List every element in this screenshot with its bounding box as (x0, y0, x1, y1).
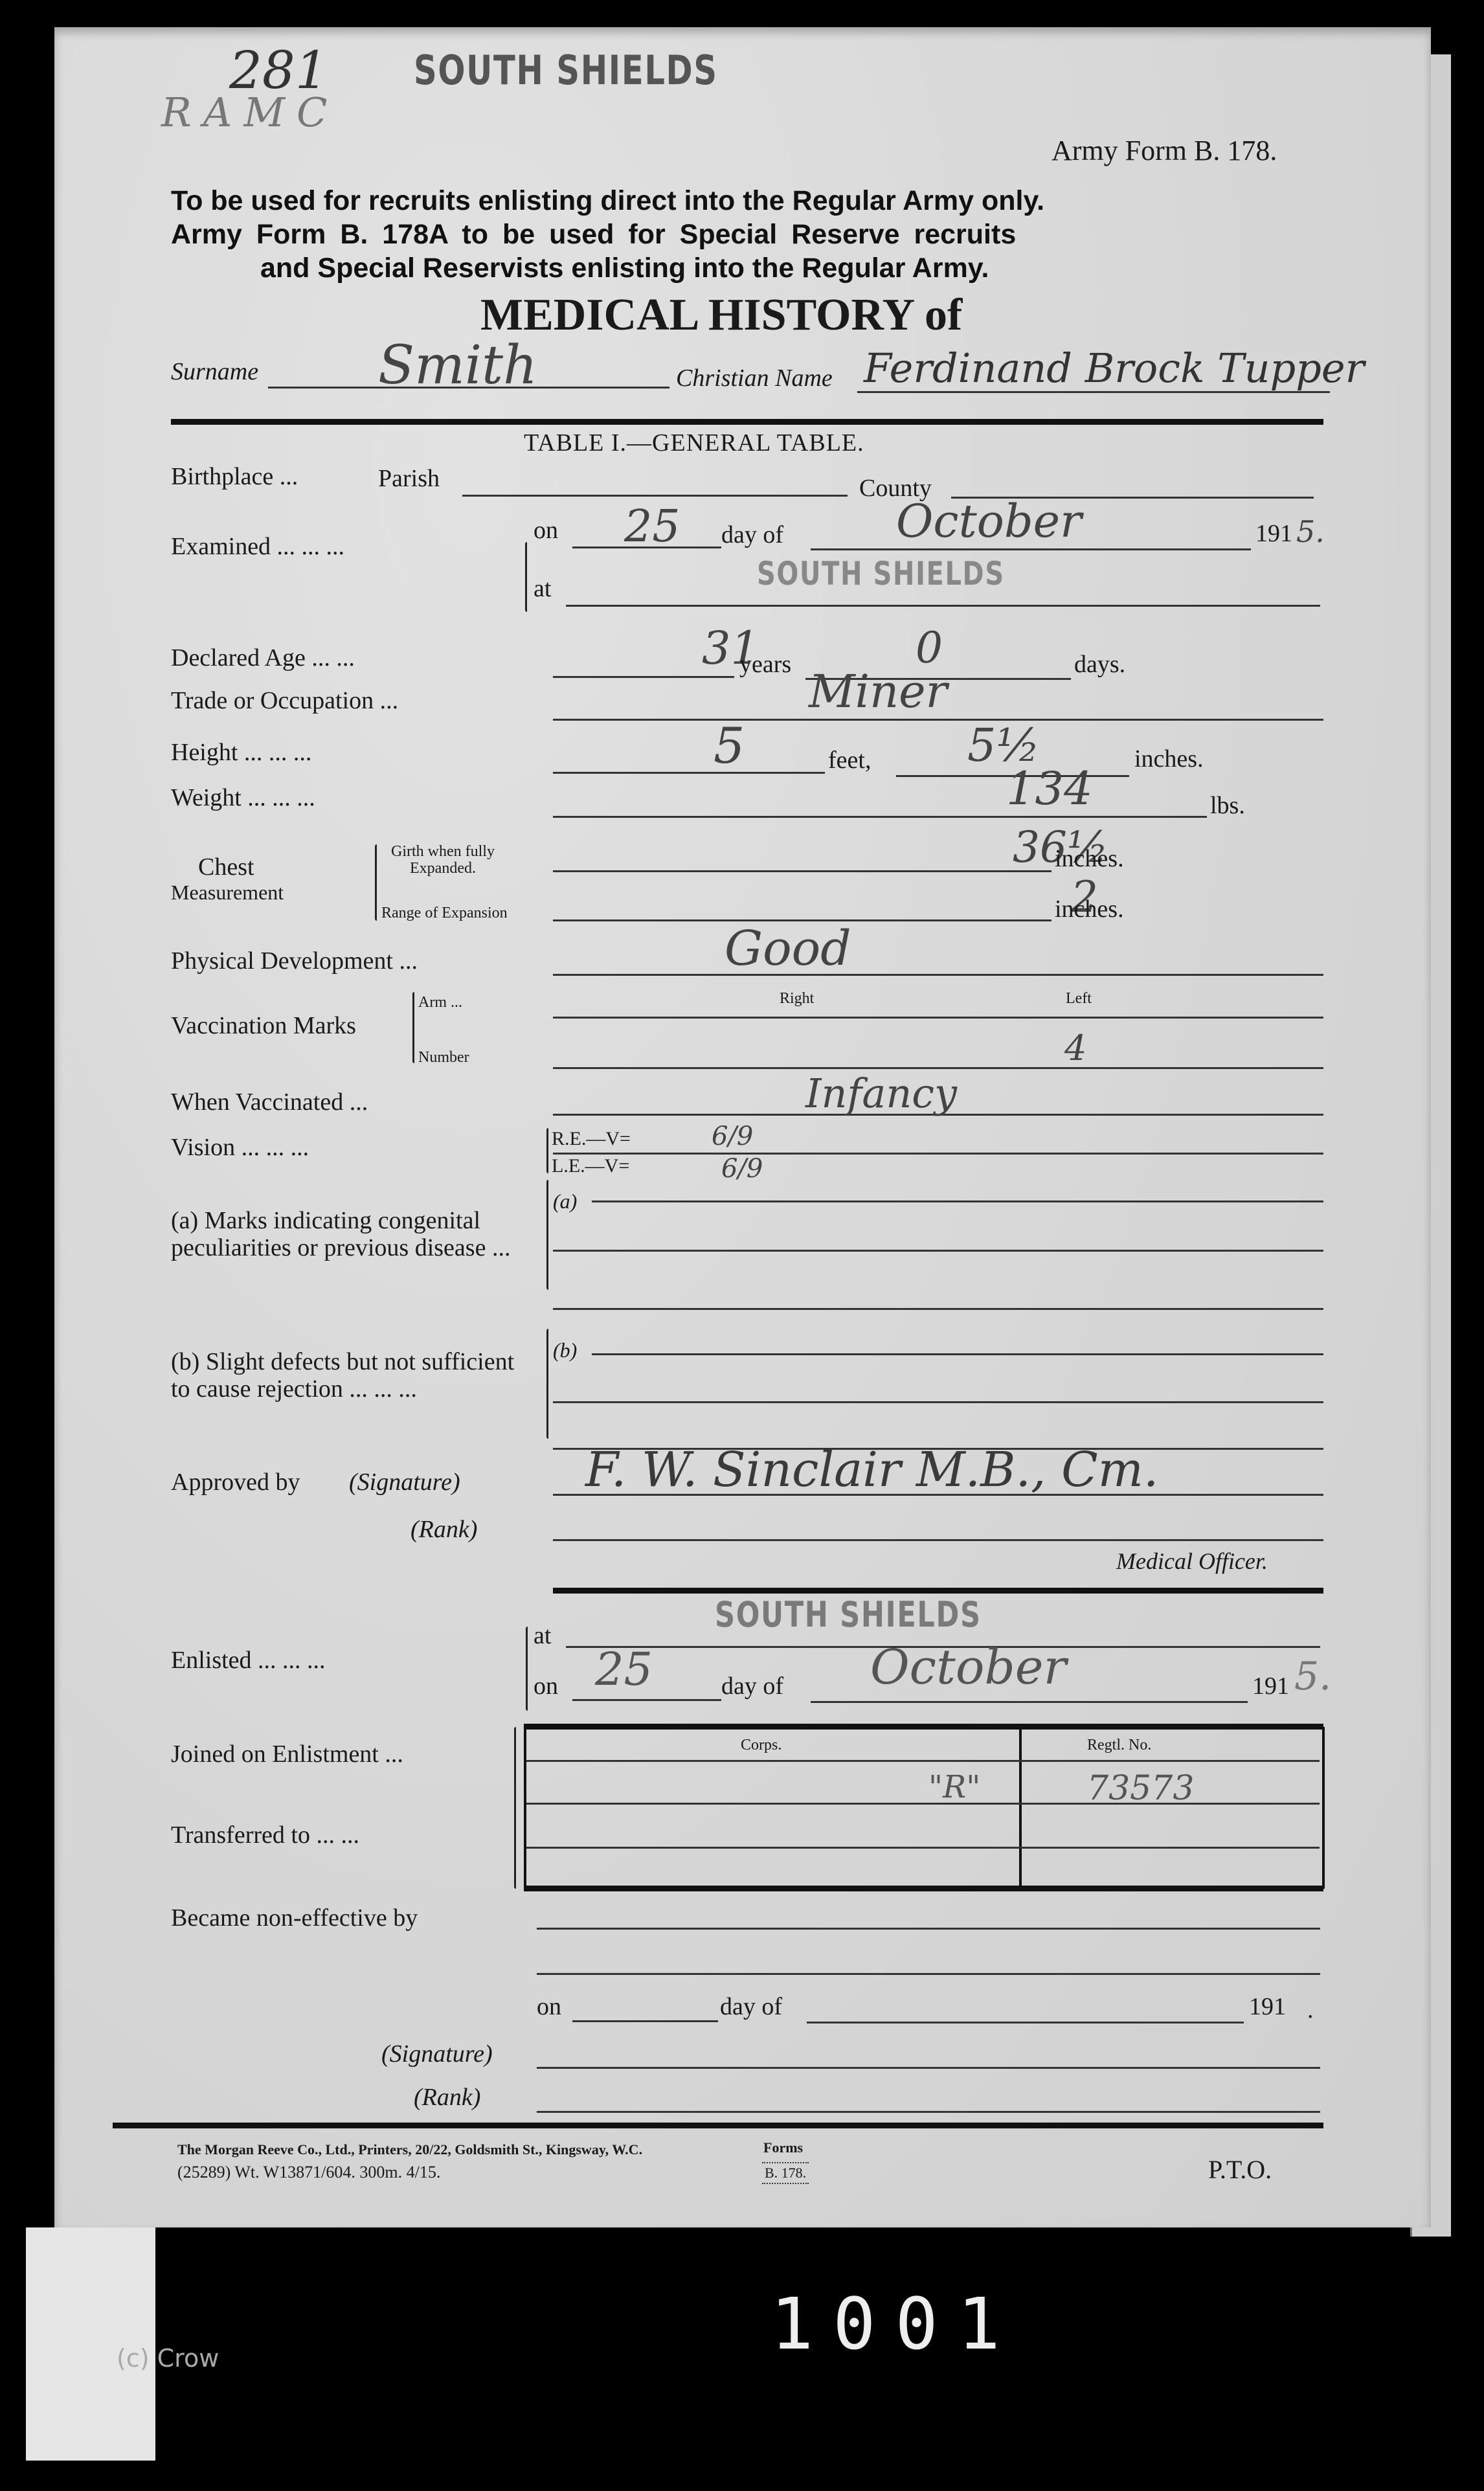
le-value[interactable]: 6/9 (721, 1154, 763, 1184)
examined-label: Examined ... ... ... (171, 532, 344, 561)
approved-rank-label: (Rank) (410, 1515, 477, 1544)
days-label: days. (1074, 650, 1125, 679)
enlisted-day-of-label: day of (721, 1672, 783, 1700)
printer-line-1: The Morgan Reeve Co., Ltd., Printers, 20… (177, 2141, 642, 2158)
height-label: Height ... ... ... (171, 738, 311, 767)
scan-frame-number: 1001 (770, 2282, 1020, 2365)
enlisted-label: Enlisted ... ... ... (171, 1646, 326, 1674)
girth-label: Girth when fully Expanded. (381, 843, 504, 877)
approved-signature-label: (Signature) (349, 1468, 460, 1496)
re-value[interactable]: 6/9 (712, 1122, 753, 1151)
vaccination-marks-label: Vaccination Marks (171, 1011, 356, 1040)
instruction-line-1: To be used for recruits enlisting direct… (171, 185, 1044, 217)
enlisted-at-stamp: SOUTH SHIELDS (715, 1594, 982, 1635)
examined-day-value[interactable]: 25 (624, 501, 680, 552)
number-label: Number (418, 1049, 469, 1066)
physical-development-value[interactable]: Good (725, 921, 851, 976)
parish-field[interactable] (462, 495, 848, 497)
top-stamp: SOUTH SHIELDS (414, 47, 718, 94)
marks-a-prefix: (a) (171, 1207, 198, 1234)
non-effective-signature-label: (Signature) (381, 2040, 493, 2068)
le-label: L.E.—V= (552, 1155, 629, 1177)
enlisted-day-value[interactable]: 25 (595, 1643, 653, 1696)
defects-b-field[interactable] (592, 1353, 1323, 1355)
declared-age-label: Declared Age ... ... (171, 644, 355, 672)
form-number: Army Form B. 178. (1051, 134, 1277, 167)
left-label: Left (1066, 990, 1092, 1008)
enlisted-year-suffix[interactable]: 5. (1294, 1654, 1331, 1699)
non-effective-year-prefix: 191 (1249, 1992, 1286, 2021)
approved-rank-field[interactable] (553, 1539, 1323, 1541)
printer-line-2: (25289) Wt. W13871/604. 300m. 4/15. (177, 2163, 440, 2182)
years-label: years (739, 650, 791, 679)
corps-header: Corps. (741, 1737, 781, 1754)
instruction-line-3: and Special Reservists enlisting into th… (260, 253, 989, 284)
non-effective-on-label: on (537, 1992, 561, 2021)
weight-unit: lbs. (1210, 791, 1245, 820)
vaccination-left-value[interactable]: 4 (1064, 1028, 1086, 1068)
medical-officer-label: Medical Officer. (1116, 1548, 1268, 1575)
trade-label: Trade or Occupation ... (171, 686, 398, 715)
surname-label: Surname (171, 357, 258, 386)
non-effective-field[interactable] (537, 1928, 1320, 1930)
non-effective-day-of-label: day of (720, 1992, 782, 2021)
form-page: 281 RAMC SOUTH SHIELDS Army Form B. 178.… (54, 27, 1431, 2227)
weight-label: Weight ... ... ... (171, 783, 315, 812)
re-label: R.E.—V= (552, 1128, 631, 1150)
defects-b-marker: (b) (553, 1338, 577, 1362)
form-title: MEDICAL HISTORY of (480, 289, 962, 341)
marks-a-label: (a) Marks indicating congenital peculiar… (171, 1207, 534, 1261)
surname-value[interactable]: Smith (378, 335, 537, 396)
forms-number: B. 178. (762, 2162, 809, 2184)
range-label: Range of Expansion (381, 905, 508, 922)
trade-value[interactable]: Miner (809, 665, 947, 718)
corps-note: RAMC (161, 89, 339, 136)
transferred-label: Transferred to ... ... (171, 1821, 359, 1849)
non-effective-label: Became non-effective by (171, 1904, 418, 1932)
corps-table (524, 1727, 1325, 1889)
girth-unit: inches. (1055, 844, 1124, 873)
christian-name-label: Christian Name (676, 364, 833, 392)
copyright-fragment: (c) Crow (117, 2344, 219, 2373)
height-feet-value[interactable]: 5 (714, 717, 745, 774)
christian-name-value[interactable]: Ferdinand Brock Tupper (864, 344, 1364, 392)
when-vaccinated-label: When Vaccinated ... (171, 1088, 368, 1116)
feet-label: feet, (828, 746, 871, 774)
marks-a-marker: (a) (553, 1189, 577, 1213)
marks-a-field[interactable] (592, 1200, 1323, 1202)
birthplace-label: Birthplace ... (171, 462, 298, 491)
right-label: Right (780, 990, 814, 1008)
when-vaccinated-value[interactable]: Infancy (805, 1070, 957, 1117)
forms-label: Forms (763, 2139, 803, 2156)
enlisted-year-prefix: 191 (1252, 1672, 1289, 1700)
examined-at-label: at (534, 574, 551, 603)
range-unit: inches. (1055, 895, 1124, 923)
joined-corps-value[interactable]: "R" (928, 1769, 980, 1805)
examined-month-value[interactable]: October (896, 495, 1082, 548)
physical-development-label: Physical Development ... (171, 947, 418, 975)
joined-label: Joined on Enlistment ... (171, 1740, 403, 1768)
non-effective-signature-field[interactable] (537, 2067, 1320, 2069)
parish-label: Parish (378, 464, 440, 493)
non-effective-month-field[interactable] (807, 2022, 1244, 2023)
defects-b-label: (b) Slight defects but not sufficient to… (171, 1348, 534, 1403)
examined-day-of-label: day of (721, 521, 783, 549)
table-title: TABLE I.—GENERAL TABLE. (524, 429, 864, 457)
defects-b-prefix: (b) (171, 1348, 199, 1375)
pto-label: P.T.O. (1208, 2154, 1272, 2185)
measurement-label: Measurement (171, 881, 284, 905)
examined-year-suffix[interactable]: 5. (1296, 514, 1325, 549)
inches-label: inches. (1134, 745, 1204, 773)
arm-label: Arm ... (418, 994, 462, 1011)
enlisted-on-label: on (534, 1672, 558, 1700)
examined-on-label: on (534, 516, 558, 545)
enlisted-month-value[interactable]: October (870, 1640, 1066, 1695)
scan-label-slip: (c) Crow (26, 2227, 155, 2461)
medical-officer-signature[interactable]: F. W. Sinclair M.B., Cm. (585, 1442, 1158, 1498)
non-effective-year-suffix: . (1307, 1996, 1314, 2024)
non-effective-rank-field[interactable] (537, 2111, 1320, 2113)
approved-by-label: Approved by (171, 1468, 300, 1496)
joined-regtl-no-value[interactable]: 73573 (1087, 1769, 1194, 1808)
enlisted-at-label: at (534, 1621, 551, 1650)
vision-label: Vision ... ... ... (171, 1133, 309, 1162)
non-effective-rank-label: (Rank) (414, 2083, 480, 2112)
examined-year-prefix: 191 (1255, 519, 1292, 548)
examined-at-stamp: SOUTH SHIELDS (757, 555, 1005, 592)
chest-label: Chest (198, 853, 254, 881)
defects-b-text: Slight defects but not sufficient to cau… (171, 1348, 514, 1403)
instruction-line-2: Army Form B. 178A to be used for Special… (171, 219, 1016, 251)
non-effective-day-field[interactable] (572, 2020, 718, 2022)
marks-a-text: Marks indicating congenital peculiaritie… (171, 1207, 510, 1261)
regtl-no-header: Regtl. No. (1087, 1737, 1151, 1754)
weight-value[interactable]: 134 (1006, 762, 1093, 815)
